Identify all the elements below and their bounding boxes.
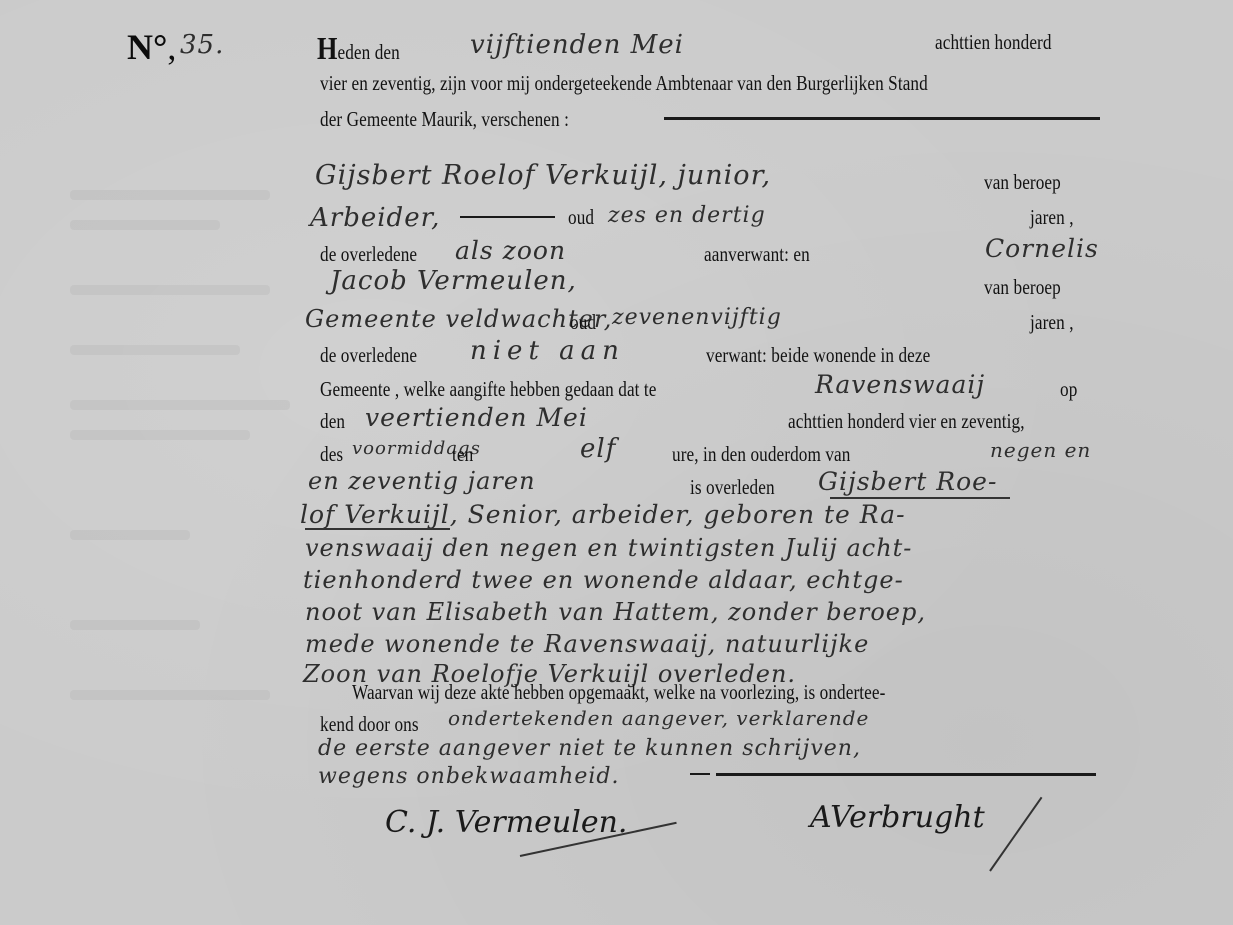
aangifte-text: Gemeente , welke aangifte hebben gedaan … xyxy=(320,377,657,402)
jaren-label-2: jaren , xyxy=(1030,310,1074,335)
deceased-detail-line5: noot van Elisabeth van Hattem, zonder be… xyxy=(305,598,926,626)
op-label: op xyxy=(1060,377,1077,402)
oud-label-2: oud xyxy=(570,310,596,335)
number-prefix: N° xyxy=(127,27,167,67)
jaren-label-1: jaren , xyxy=(1030,205,1074,230)
heden-den-line: Heden den xyxy=(317,30,400,67)
deceased-name-underline-2 xyxy=(305,528,450,530)
drop-cap-h: H xyxy=(317,30,338,66)
ouderdom-text: ure, in den ouderdom van xyxy=(672,442,850,467)
declarant2-relation: niet aan xyxy=(470,336,625,366)
age-of-deceased-1: negen en xyxy=(990,438,1091,462)
bleed-through-mark xyxy=(70,530,190,540)
de-overledene-label-1: de overledene xyxy=(320,242,417,267)
des-label: des xyxy=(320,442,343,467)
ten-label: ten xyxy=(452,442,473,467)
aanverwant-en-label: aanverwant: en xyxy=(704,242,810,267)
official-intro-text: vier en zeventig, zijn voor mij onderget… xyxy=(320,71,928,96)
deceased-detail-line4: tienhonderd twee en wonende aldaar, echt… xyxy=(303,566,904,594)
fill-rule xyxy=(460,216,555,218)
van-beroep-label-1: van beroep xyxy=(984,170,1061,195)
declarant2-occupation: Gemeente veldwachter, xyxy=(305,305,612,333)
deceased-name-part1: Gijsbert Roe- xyxy=(818,467,997,496)
declarant2-name-first: Cornelis xyxy=(985,234,1099,263)
year-prefix-text: achttien honderd xyxy=(935,30,1052,55)
age-of-deceased-2: en zeventig jaren xyxy=(308,467,536,495)
closing-hand-1: ondertekenden aangever, verklarende xyxy=(448,706,869,730)
deceased-detail-line3: venswaaij den negen en twintigsten Julij… xyxy=(305,534,912,562)
bleed-through-mark xyxy=(70,345,240,355)
declarant1-name: Gijsbert Roelof Verkuijl, junior, xyxy=(315,160,771,191)
de-overledene-label-2: de overledene xyxy=(320,343,417,368)
place-of-death: Ravenswaaij xyxy=(815,370,985,399)
bleed-through-mark xyxy=(70,620,200,630)
signature-declarant: C. J. Vermeulen. xyxy=(385,805,627,840)
declarant1-age: zes en dertig xyxy=(608,203,766,228)
signature-official: AVerbrught xyxy=(810,800,985,835)
closing-fill-rule xyxy=(690,773,710,775)
fill-rule xyxy=(664,117,1100,120)
deceased-detail-line6: mede wonende te Ravenswaaij, natuurlijke xyxy=(305,630,869,658)
verwant-beide-text: verwant: beide wonende in deze xyxy=(706,343,930,368)
bleed-through-mark xyxy=(70,220,220,230)
closing-hand-2: de eerste aangever niet te kunnen schrij… xyxy=(318,736,861,761)
declarant1-relation: als zoon xyxy=(455,236,566,265)
record-number-value: 35. xyxy=(180,30,224,60)
closing-hand-3: wegens onbekwaamheid. xyxy=(318,764,619,789)
handwritten-date-day: vijftienden Mei xyxy=(470,30,684,60)
bleed-through-mark xyxy=(70,190,270,200)
death-date: veertienden Mei xyxy=(365,403,588,432)
oud-label-1: oud xyxy=(568,205,594,230)
death-year-text: achttien honderd vier en zeventig, xyxy=(788,409,1025,434)
closing-text-2: kend door ons xyxy=(320,712,419,737)
document-page: N°, 35. Heden den vijftienden Mei achtti… xyxy=(0,0,1233,925)
bleed-through-mark xyxy=(70,400,290,410)
declarant1-occupation: Arbeider, xyxy=(310,203,440,233)
declarant2-age: zevenenvijftig xyxy=(612,305,782,330)
signature-official-flourish xyxy=(989,797,1042,872)
hour-of-death: elf xyxy=(580,434,616,464)
closing-text-1: Waarvan wij deze akte hebben opgemaakt, … xyxy=(352,680,885,705)
deceased-detail-line2: lof Verkuijl, Senior, arbeider, geboren … xyxy=(300,500,906,529)
closing-fill-rule xyxy=(716,773,1096,776)
declarant2-name-rest: Jacob Vermeulen, xyxy=(330,266,577,296)
is-overleden-label: is overleden xyxy=(690,475,775,500)
record-number-label: N°, xyxy=(127,26,176,68)
municipality-line: der Gemeente Maurik, verschenen : xyxy=(320,107,569,132)
van-beroep-label-2: van beroep xyxy=(984,275,1061,300)
bleed-through-mark xyxy=(70,430,250,440)
heden-den-text: eden den xyxy=(338,40,400,64)
bleed-through-mark xyxy=(70,285,270,295)
den-label: den xyxy=(320,409,345,434)
bleed-through-mark xyxy=(70,690,270,700)
deceased-name-underline xyxy=(830,497,1010,499)
